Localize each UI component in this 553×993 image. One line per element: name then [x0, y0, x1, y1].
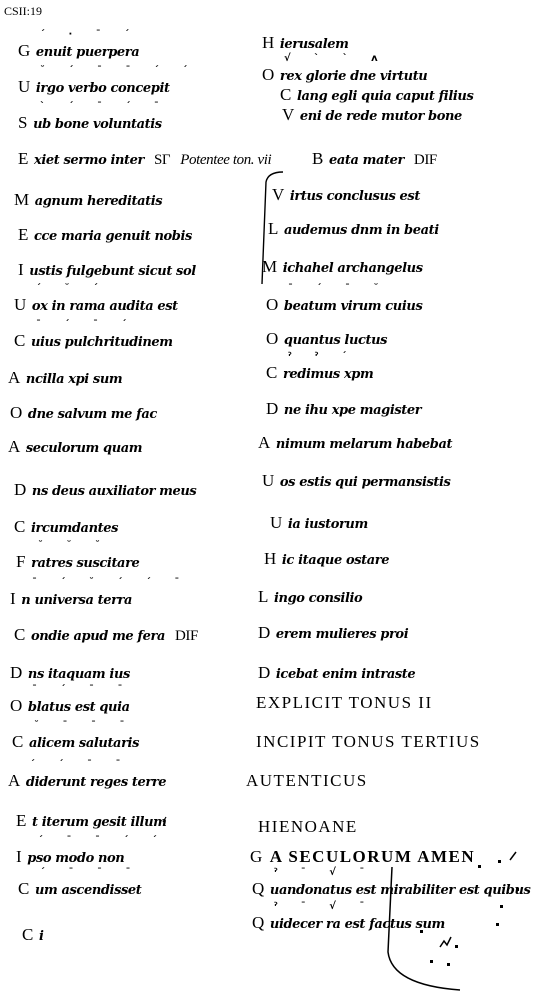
bracket-strokes [0, 0, 553, 993]
